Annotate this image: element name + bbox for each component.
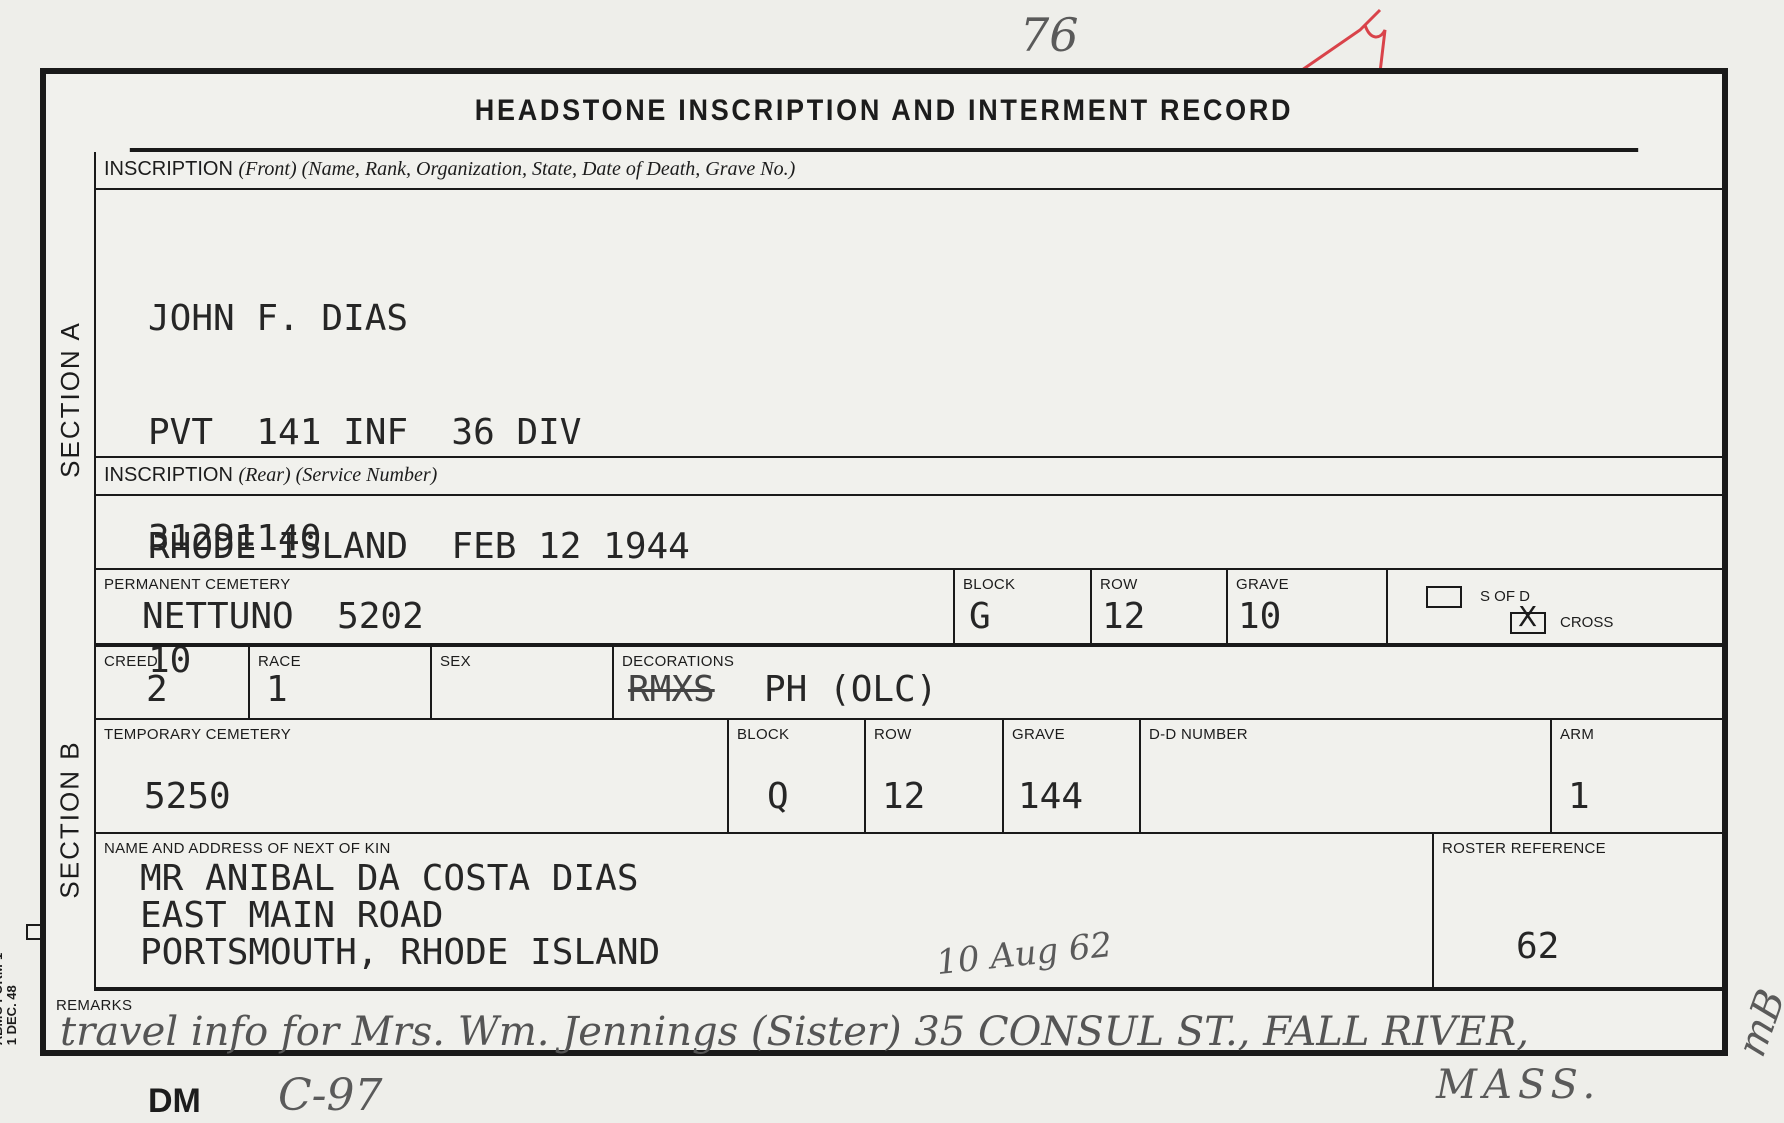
- kin-line: MR ANIBAL DA COSTA DIAS: [140, 860, 660, 897]
- permanent-row-field[interactable]: ROW 12: [1092, 570, 1228, 647]
- marker-type-field: S OF D X CROSS: [1388, 570, 1722, 647]
- creed-field[interactable]: CREED 2: [96, 647, 250, 720]
- race-field[interactable]: RACE 1: [250, 647, 432, 720]
- section-a-label: SECTION A: [46, 152, 96, 647]
- headstone-form: HEADSTONE INSCRIPTION AND INTERMENT RECO…: [40, 68, 1728, 1056]
- inscription-front-field[interactable]: JOHN F. DIAS PVT 141 INF 36 DIV RHODE IS…: [96, 190, 1722, 458]
- cross-checkbox[interactable]: X: [1510, 612, 1546, 634]
- handwritten-date: 10 Aug 62: [934, 925, 1114, 983]
- inscription-front-header: INSCRIPTION (Front) (Name, Rank, Organiz…: [96, 152, 1722, 190]
- code-annotation: C-97: [278, 1070, 383, 1121]
- arm-field[interactable]: ARM 1: [1552, 720, 1722, 834]
- kin-line: EAST MAIN ROAD: [140, 897, 660, 934]
- dm-stamp: DM: [148, 1082, 201, 1121]
- mass-annotation: MASS.: [1436, 1062, 1601, 1108]
- kin-line: PORTSMOUTH, RHODE ISLAND: [140, 934, 660, 971]
- decorations-struck: RMXS: [628, 669, 715, 710]
- sofd-checkbox[interactable]: [1426, 586, 1462, 608]
- temp-grave-field[interactable]: GRAVE 144: [1004, 720, 1141, 834]
- dd-number-field[interactable]: D-D NUMBER: [1141, 720, 1552, 834]
- form-title: HEADSTONE INSCRIPTION AND INTERMENT RECO…: [130, 74, 1638, 152]
- temp-row-field[interactable]: ROW 12: [866, 720, 1004, 834]
- permanent-grave-field[interactable]: GRAVE 10: [1228, 570, 1388, 647]
- inscription-rear-header: INSCRIPTION (Rear) (Service Number): [96, 458, 1722, 496]
- cross-label: CROSS: [1560, 614, 1613, 631]
- remarks-field[interactable]: REMARKS travel info for Mrs. Wm. Jenning…: [46, 991, 1722, 1050]
- form-id: ABMC FORM-1 1 DEC. 48: [4, 930, 44, 1060]
- service-number-field[interactable]: 31291140: [96, 496, 1722, 570]
- sex-field[interactable]: SEX: [432, 647, 614, 720]
- section-b-label: SECTION B: [46, 647, 96, 991]
- remarks-handwriting: travel info for Mrs. Wm. Jennings (Siste…: [60, 1009, 1529, 1055]
- temp-block-field[interactable]: BLOCK Q: [729, 720, 866, 834]
- decorations-field[interactable]: DECORATIONS RMXS PH (OLC): [614, 647, 1722, 720]
- top-number-annotation: 76: [1020, 8, 1079, 62]
- inscription-line: JOHN F. DIAS: [148, 300, 690, 338]
- permanent-cemetery-field[interactable]: PERMANENT CEMETERY NETTUNO 5202: [96, 570, 955, 647]
- roster-reference-field[interactable]: ROSTER REFERENCE 62: [1434, 834, 1722, 991]
- service-number: 31291140: [148, 518, 321, 559]
- temporary-cemetery-field[interactable]: TEMPORARY CEMETERY 5250: [96, 720, 729, 834]
- margin-initials: mB: [1729, 983, 1784, 1062]
- inscription-line: PVT 141 INF 36 DIV: [148, 414, 690, 452]
- next-of-kin-field[interactable]: NAME AND ADDRESS OF NEXT OF KIN MR ANIBA…: [96, 834, 1434, 991]
- permanent-block-field[interactable]: BLOCK G: [955, 570, 1092, 647]
